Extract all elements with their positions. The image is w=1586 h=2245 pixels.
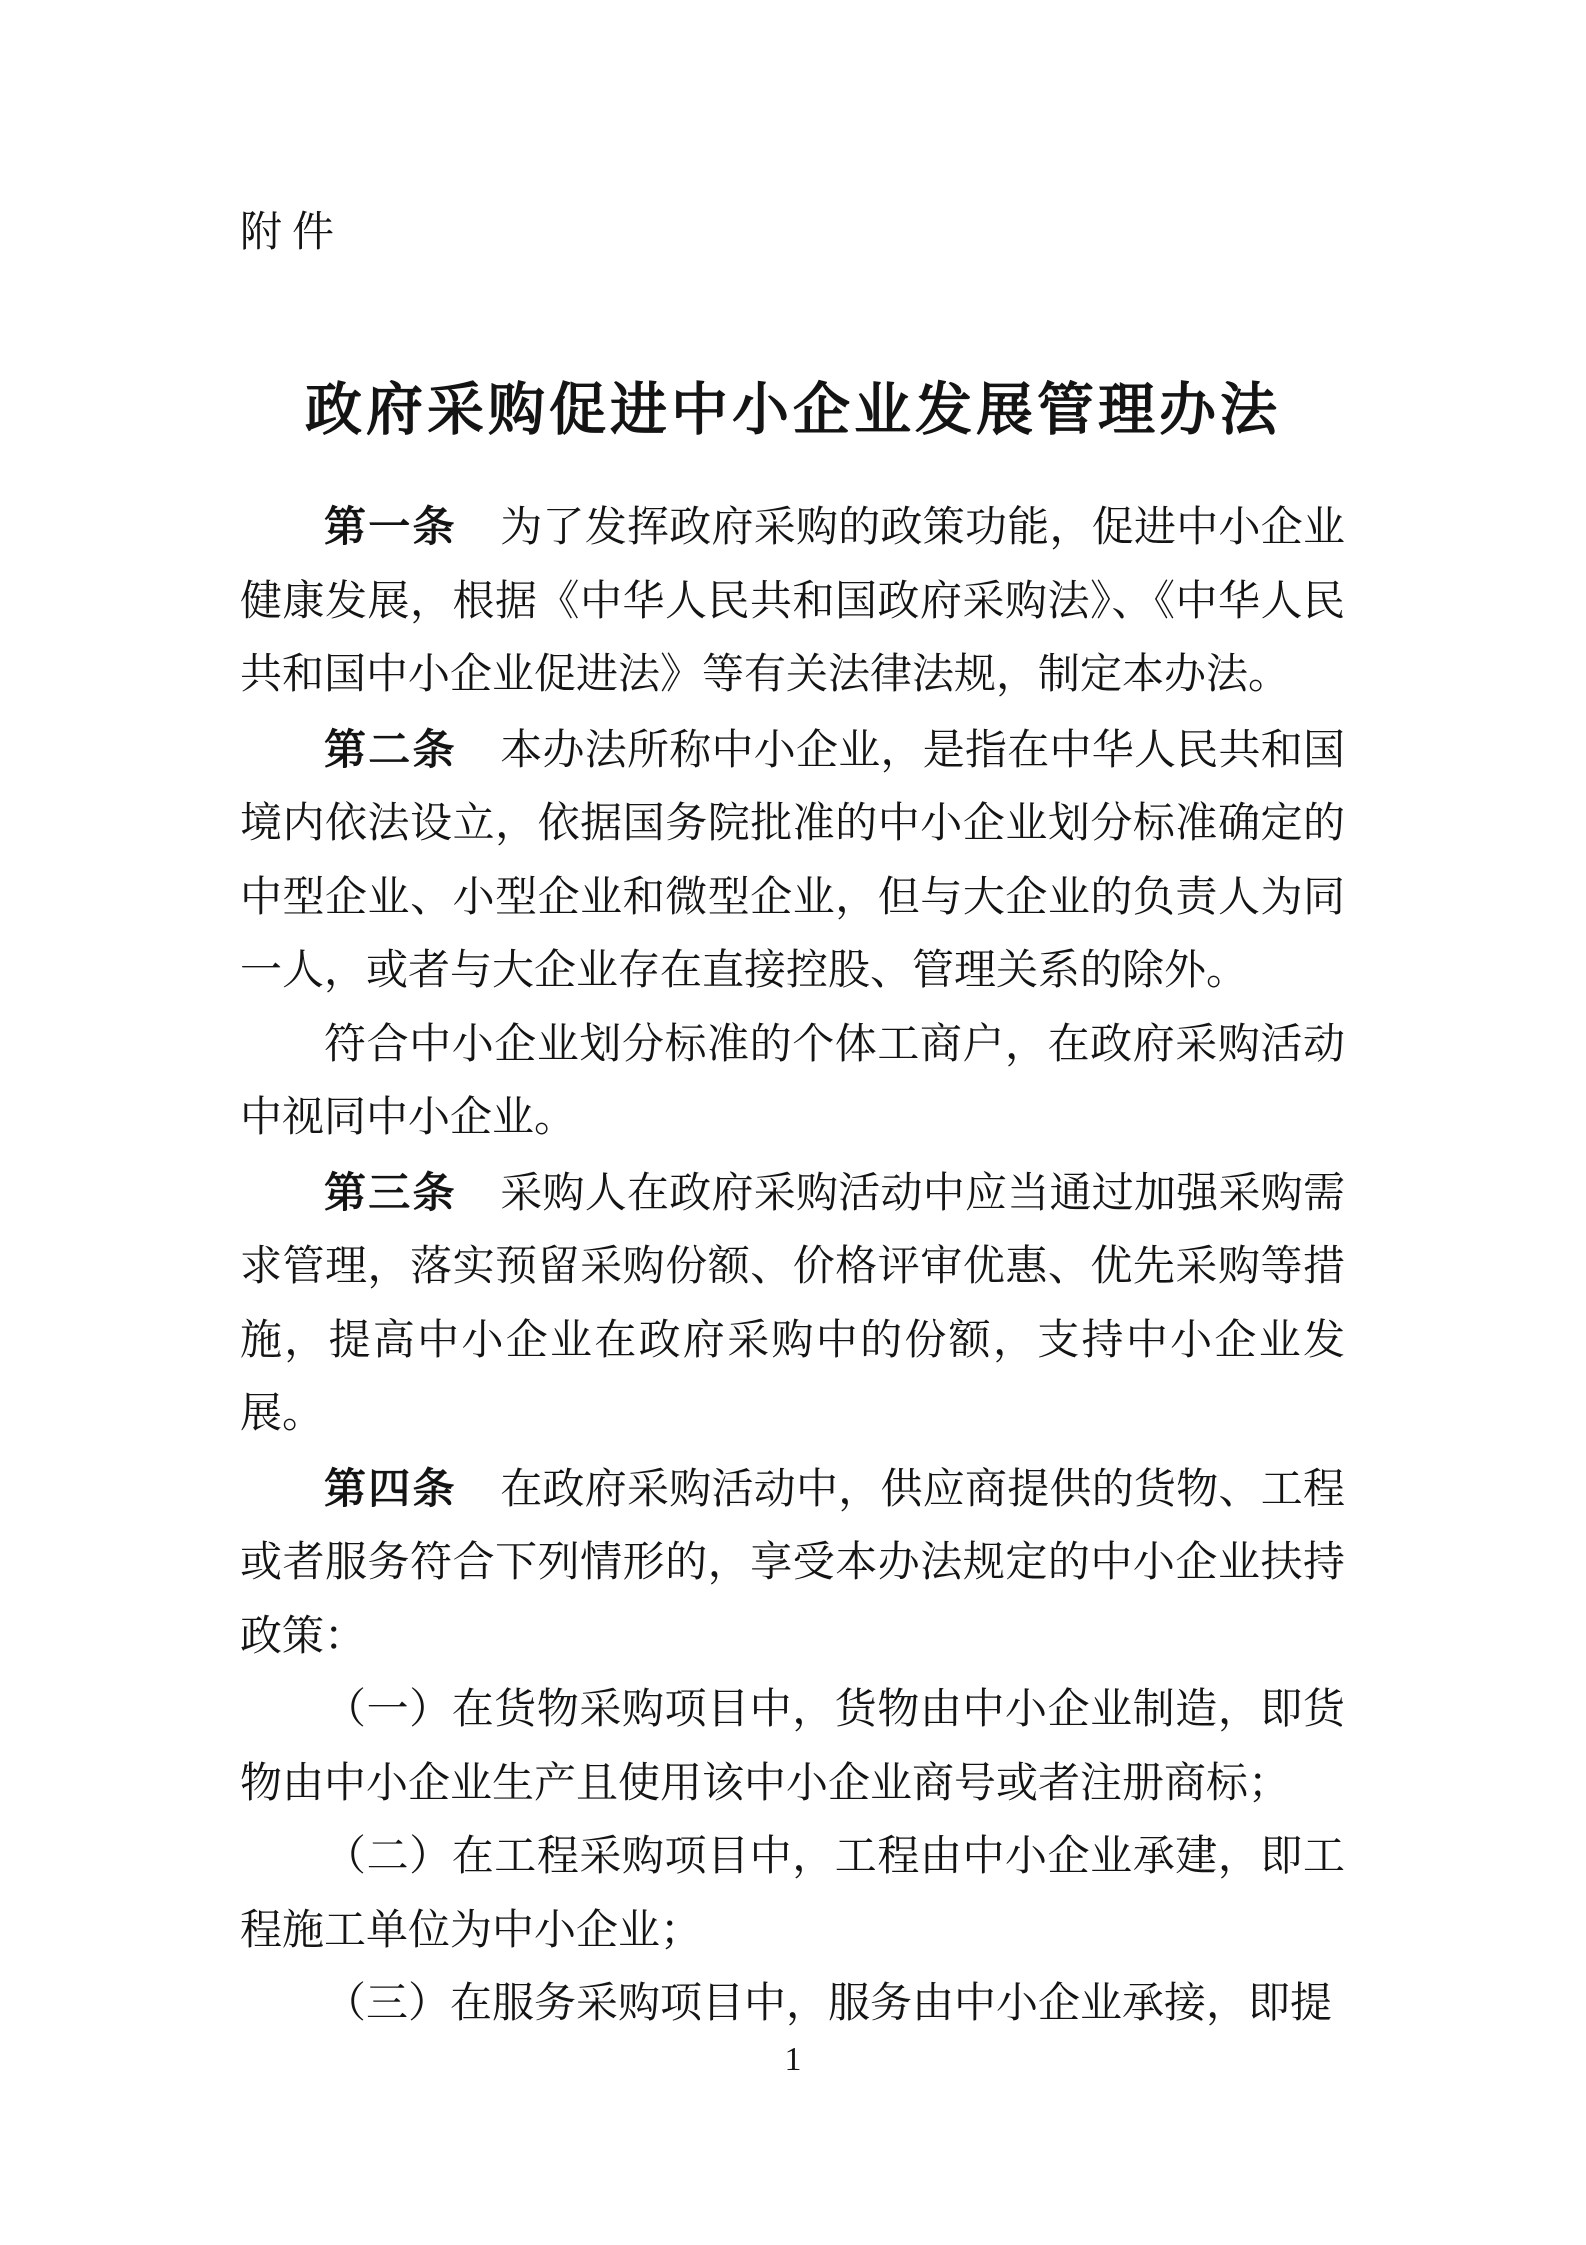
paragraph: 第一条 为了发挥政府采购的政策功能，促进中小企业健康发展，根据《中华人民共和国政…: [240, 490, 1345, 713]
paragraph: 符合中小企业划分标准的个体工商户，在政府采购活动中视同中小企业。: [240, 1009, 1345, 1156]
article-lead: 第三条: [324, 1169, 457, 1216]
document-page: 附件 政府采购促进中小企业发展管理办法 第一条 为了发挥政府采购的政策功能，促进…: [0, 0, 1586, 2245]
paragraph: 第三条 采购人在政府采购活动中应当通过加强采购需求管理，落实预留采购份额、价格评…: [240, 1156, 1345, 1452]
paragraph: （三）在服务采购项目中，服务由中小企业承接，即提: [240, 1968, 1345, 2042]
page-number: 1: [0, 2040, 1586, 2080]
paragraph-text: （二）在工程采购项目中，工程由中小企业承建，即工程施工单位为中小企业；: [240, 1834, 1345, 1954]
paragraph-text: （一）在货物采购项目中，货物由中小企业制造，即货物由中小企业生产且使用该中小企业…: [240, 1687, 1345, 1807]
attachment-label: 附件: [240, 207, 344, 259]
article-lead: 第一条: [324, 503, 457, 550]
paragraph-text: 符合中小企业划分标准的个体工商户，在政府采购活动中视同中小企业。: [240, 1022, 1345, 1142]
document-body: 第一条 为了发挥政府采购的政策功能，促进中小企业健康发展，根据《中华人民共和国政…: [240, 490, 1345, 2042]
article-lead: 第四条: [324, 1465, 457, 1512]
paragraph: （一）在货物采购项目中，货物由中小企业制造，即货物由中小企业生产且使用该中小企业…: [240, 1674, 1345, 1821]
article-lead: 第二条: [324, 726, 457, 773]
document-title: 政府采购促进中小企业发展管理办法: [0, 374, 1586, 446]
paragraph: 第二条 本办法所称中小企业，是指在中华人民共和国境内依法设立，依据国务院批准的中…: [240, 713, 1345, 1009]
paragraph-text: （三）在服务采购项目中，服务由中小企业承接，即提: [324, 1981, 1332, 2027]
paragraph: 第四条 在政府采购活动中，供应商提供的货物、工程或者服务符合下列情形的，享受本办…: [240, 1452, 1345, 1675]
paragraph: （二）在工程采购项目中，工程由中小企业承建，即工程施工单位为中小企业；: [240, 1821, 1345, 1968]
